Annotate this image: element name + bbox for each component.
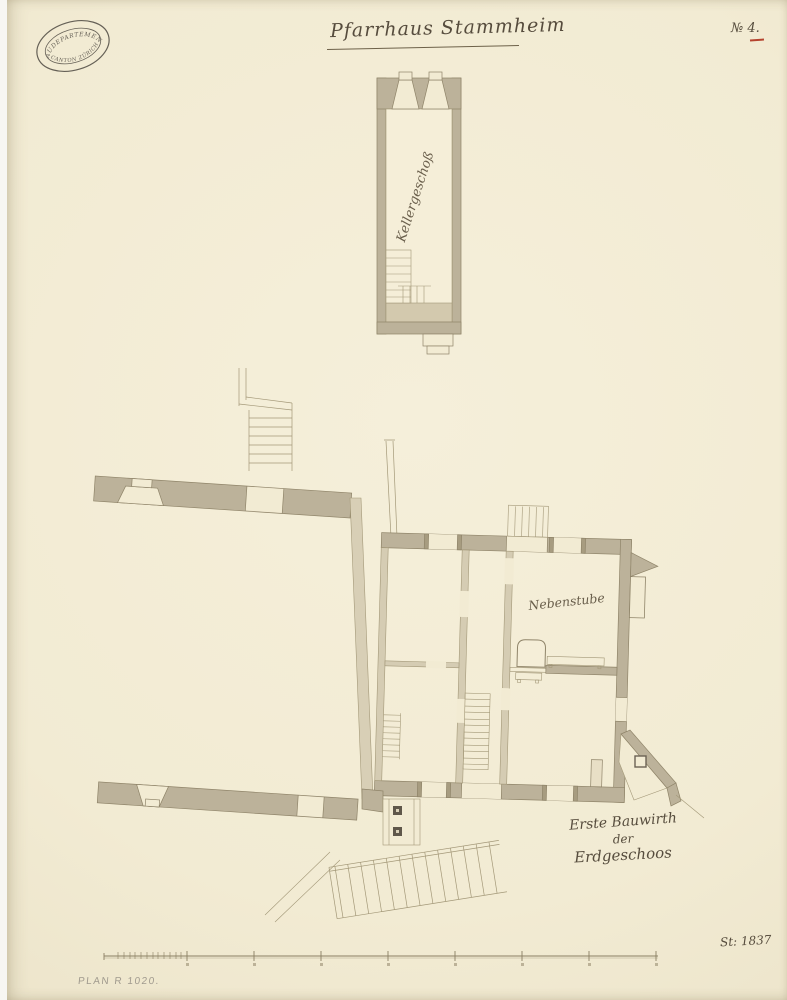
cellar-entrance-annex xyxy=(619,730,704,818)
pencil-inventory-note: PLAN R 1020. xyxy=(77,976,160,987)
garden-stair xyxy=(239,368,292,471)
scale-bar xyxy=(104,951,658,966)
courtyard-south-wall xyxy=(97,782,358,820)
main-exterior-staircase xyxy=(329,840,507,918)
floor-annotation: Erste Bauwirth der Erdgeschoos xyxy=(548,814,698,864)
archive-date-note: St: 1837 xyxy=(720,933,772,950)
scanned-plan-sheet: Kellergeschoß xyxy=(0,0,787,1000)
main-house-plan xyxy=(374,502,659,804)
ramp-lines xyxy=(265,852,340,922)
office-stamp: BAUDEPARTEMENT · CANTON ZÜRICH · xyxy=(16,6,126,82)
parlour-room-label: Nebenstube xyxy=(527,590,606,613)
alley-wall-extension xyxy=(384,440,397,537)
cellar-plan xyxy=(377,72,461,354)
porch xyxy=(362,789,420,845)
courtyard-east-wall xyxy=(350,498,373,799)
sheet-number-prefix: № xyxy=(731,21,743,36)
courtyard-north-wall xyxy=(94,476,352,518)
sheet-number-value: 4. xyxy=(747,21,759,36)
sheet-number: №4. xyxy=(731,21,760,36)
